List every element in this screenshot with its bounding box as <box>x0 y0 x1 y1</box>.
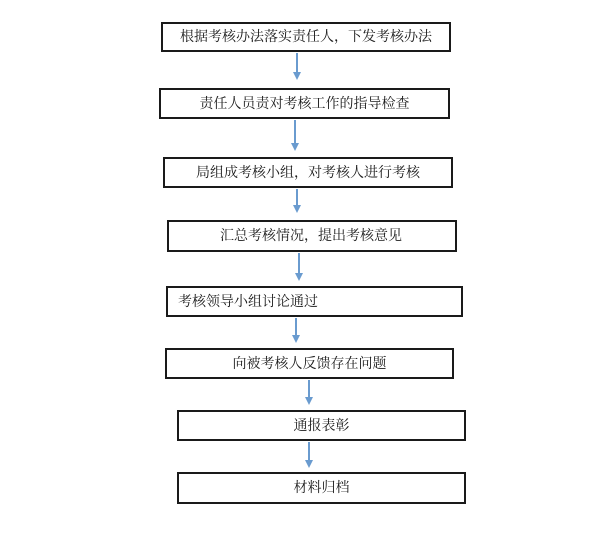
flowchart-canvas: 根据考核办法落实责任人，下发考核办法 责任人员责对考核工作的指导检查 局组成考核… <box>0 0 616 539</box>
step-label-4: 汇总考核情况，提出考核意见 <box>220 229 402 243</box>
arrow-down-icon <box>290 120 300 151</box>
arrow-down-icon <box>292 53 302 80</box>
arrow-down-icon <box>292 189 302 213</box>
step-label-2: 责任人员责对考核工作的指导检查 <box>200 97 410 111</box>
arrow-down-icon <box>304 442 314 468</box>
arrow-down-icon <box>304 380 314 405</box>
step-label-5: 考核领导小组讨论通过 <box>178 295 318 309</box>
step-box-6: 向被考核人反馈存在问题 <box>165 348 454 379</box>
step-label-7: 通报表彰 <box>294 419 350 433</box>
step-label-3: 局组成考核小组，对考核人进行考核 <box>196 166 420 180</box>
step-box-7: 通报表彰 <box>177 410 466 441</box>
step-box-8: 材料归档 <box>177 472 466 504</box>
arrow-down-icon <box>294 253 304 281</box>
arrow-down-icon <box>291 318 301 343</box>
step-box-4: 汇总考核情况，提出考核意见 <box>167 220 457 252</box>
step-box-5: 考核领导小组讨论通过 <box>166 286 463 317</box>
step-box-2: 责任人员责对考核工作的指导检查 <box>159 88 450 119</box>
step-box-3: 局组成考核小组，对考核人进行考核 <box>163 157 453 188</box>
step-label-6: 向被考核人反馈存在问题 <box>233 357 387 371</box>
step-label-1: 根据考核办法落实责任人，下发考核办法 <box>180 30 432 44</box>
step-label-8: 材料归档 <box>294 481 350 495</box>
step-box-1: 根据考核办法落实责任人，下发考核办法 <box>161 22 451 52</box>
